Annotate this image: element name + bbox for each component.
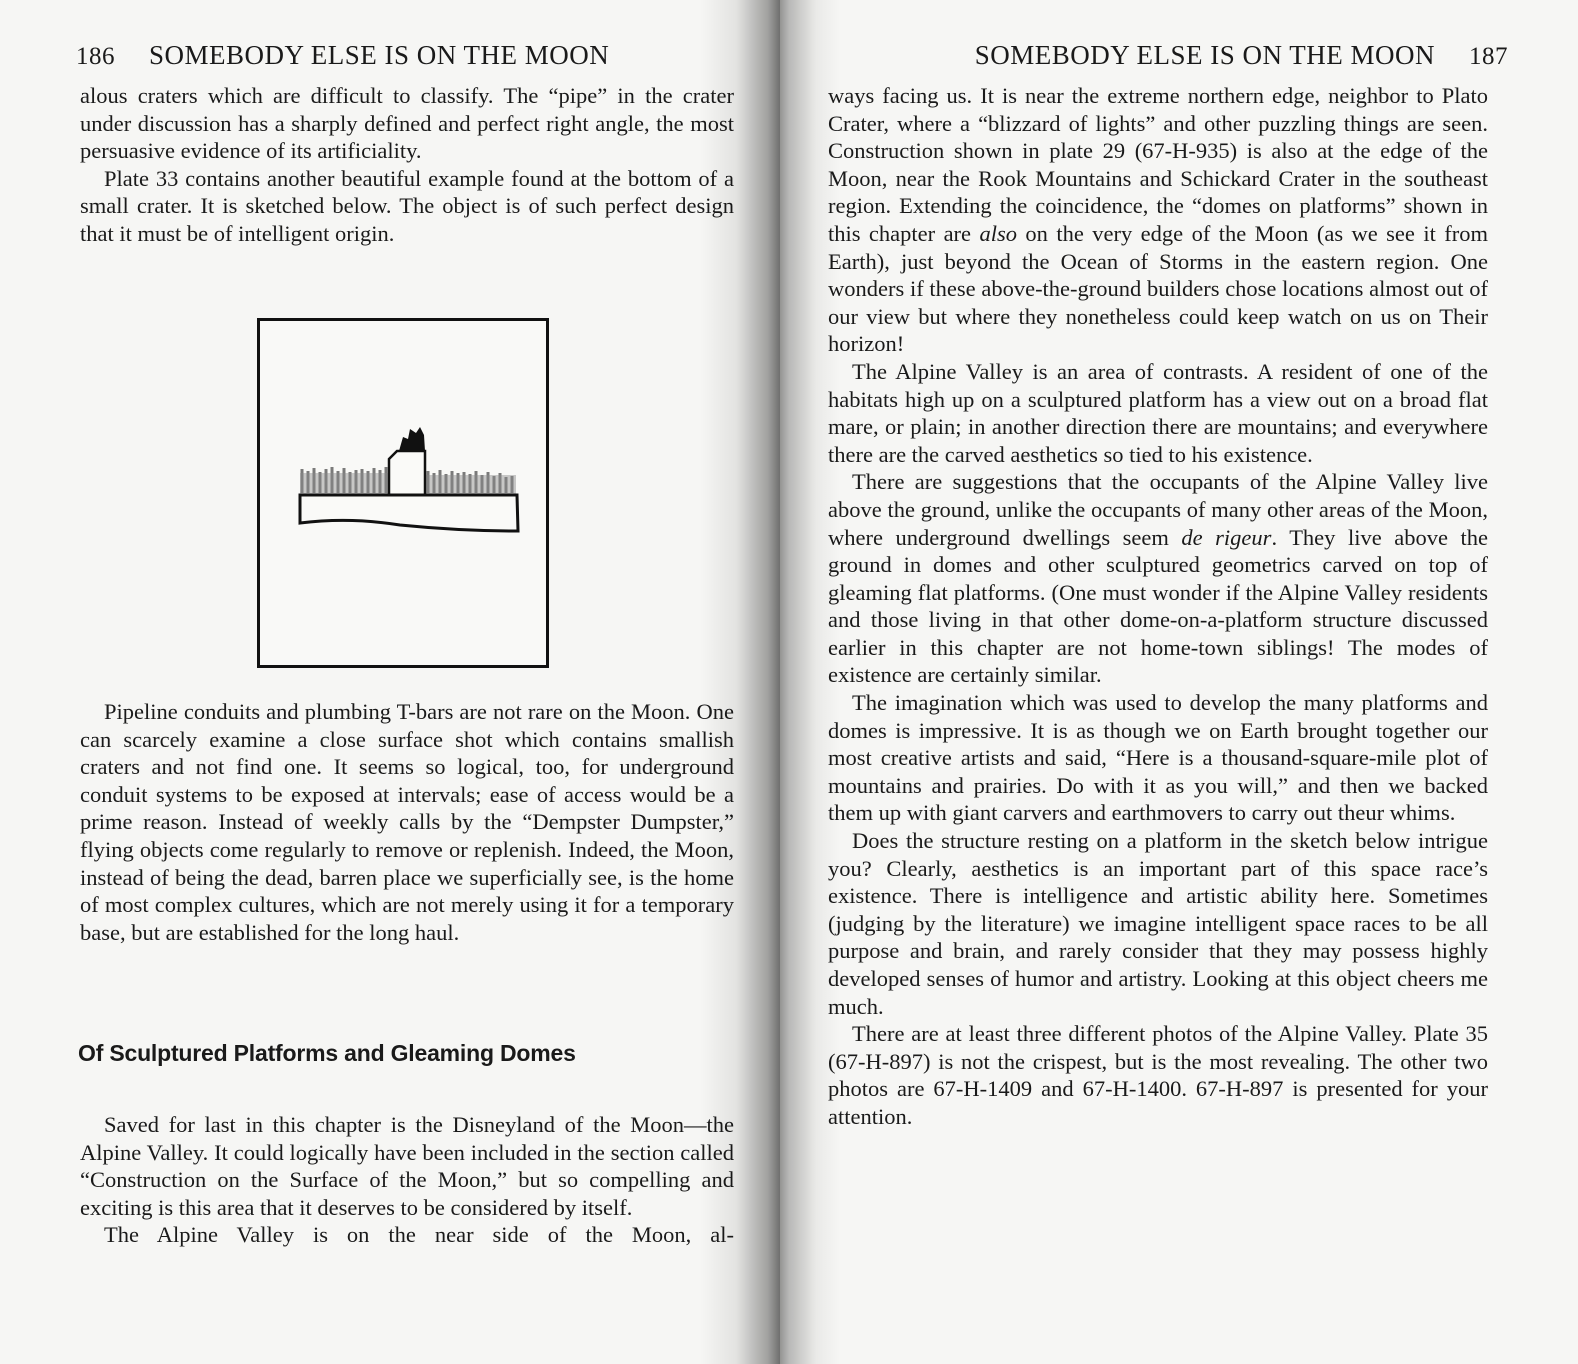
page-number-right: 187 (1469, 43, 1508, 70)
plate-33-sketch (257, 318, 549, 668)
italic-run: also (979, 221, 1017, 246)
book-title-left: SOMEBODY ELSE IS ON THE MOON (149, 40, 609, 70)
paragraph: ways facing us. It is near the extreme n… (828, 82, 1488, 358)
paragraph: alous craters which are difficult to cla… (80, 82, 734, 165)
paragraph: The Alpine Valley is on the near side of… (80, 1221, 734, 1249)
paragraph: Plate 33 contains another beautiful exam… (80, 165, 734, 248)
paragraph: The imagination which was used to develo… (828, 689, 1488, 827)
platform-structure-sketch-icon (260, 321, 546, 665)
right-page: SOMEBODY ELSE IS ON THE MOON187 ways fac… (780, 0, 1578, 1364)
paragraph: The Alpine Valley is an area of contrast… (828, 358, 1488, 468)
paragraph: Saved for last in this chapter is the Di… (80, 1111, 734, 1221)
left-top-text: alous craters which are difficult to cla… (80, 82, 734, 248)
paragraph: There are suggestions that the occupants… (828, 468, 1488, 689)
left-page: 186SOMEBODY ELSE IS ON THE MOON alous cr… (0, 0, 780, 1364)
page-number-left: 186 (76, 43, 115, 70)
book-title-right: SOMEBODY ELSE IS ON THE MOON (975, 40, 1435, 70)
running-head-left: 186SOMEBODY ELSE IS ON THE MOON (76, 40, 609, 71)
book-spread: 186SOMEBODY ELSE IS ON THE MOON alous cr… (0, 0, 1578, 1364)
left-bottom-text: Saved for last in this chapter is the Di… (80, 1111, 734, 1249)
paragraph: Does the structure resting on a platform… (828, 827, 1488, 1020)
right-text: ways facing us. It is near the extreme n… (828, 82, 1488, 1131)
italic-run: de rigeur (1181, 525, 1271, 550)
left-middle-text: Pipeline conduits and plumbing T-bars ar… (80, 698, 734, 946)
section-heading: Of Sculptured Platforms and Gleaming Dom… (78, 1040, 576, 1067)
paragraph: Pipeline conduits and plumbing T-bars ar… (80, 698, 734, 946)
running-head-right: SOMEBODY ELSE IS ON THE MOON187 (975, 40, 1508, 71)
paragraph: There are at least three different photo… (828, 1020, 1488, 1130)
